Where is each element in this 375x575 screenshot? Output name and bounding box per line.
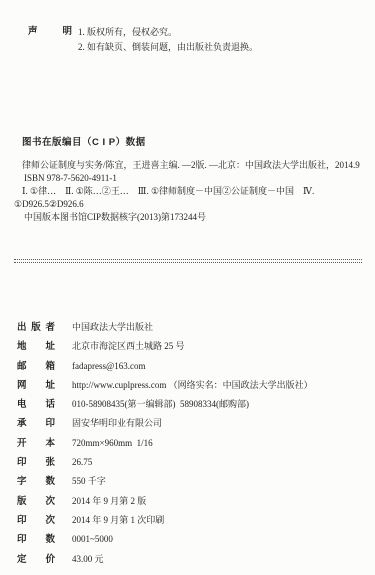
cip-body: 律师公证制度与实务/陈宜，王进喜主编. —2版. —北京：中国政法大学出版社，2… [14,159,365,224]
declaration-item: 1. 版权所有，侵权必究。 [78,25,258,40]
declaration-section: 声明 1. 版权所有，侵权必究。2. 如有缺页、倒装问题，由出版社负责退换。 [28,25,363,55]
info-row-value: fadapress@163.com [72,360,146,373]
publication-info-table: 出版者中国政法大学出版社地址北京市海淀区西土城路 25 号邮箱fadapress… [17,321,369,572]
info-row-label: 印次 [17,514,55,527]
info-row-label: 印数 [17,533,55,546]
info-row-label: 电话 [17,398,55,411]
info-row-value: 43.00 元 [72,553,104,566]
info-row: 地址北京市海淀区西土城路 25 号 [17,340,369,359]
info-row-label: 开本 [17,437,55,450]
info-row-label: 出版者 [17,321,55,334]
info-row-value: 中国政法大学出版社 [72,321,153,334]
cip-classification: Ⅰ. ①律… Ⅱ. ①陈…②王… Ⅲ. ①律师制度－中国②公证制度－中国 Ⅳ. … [14,185,365,211]
info-row-label: 版次 [17,495,55,508]
info-row: 开本720mm×960mm 1/16 [17,437,369,456]
info-row-label: 地址 [17,340,55,353]
info-row: 网址http://www.cuplpress.com （网络实名：中国政法大学出… [17,379,369,398]
info-row: 印次2014 年 9 月第 1 次印刷 [17,514,369,533]
info-row: 字数550 千字 [17,475,369,494]
info-row-value: 010-58908435(第一编辑部) 58908334(邮购部) [72,398,249,411]
info-row-value: 0001~5000 [72,533,113,546]
book-copyright-page: 声明 1. 版权所有，侵权必究。2. 如有缺页、倒装问题，由出版社负责退换。 图… [0,0,375,575]
info-row-label: 字数 [17,475,55,488]
info-row-value: 550 千字 [72,475,106,488]
declaration-label: 声明 [28,25,72,55]
info-row-label: 印张 [17,456,55,469]
info-row-value: 固安华明印业有限公司 [72,417,162,430]
info-row: 版次2014 年 9 月第 2 版 [17,495,369,514]
isbn-line: ISBN 978-7-5620-4911-1 [14,172,365,185]
info-row-label: 定价 [17,553,55,566]
cip-record-number: 中国版本图书馆CIP数据核字(2013)第173244号 [14,211,365,224]
info-row-value: 26.75 [72,456,92,469]
info-row: 定价43.00 元 [17,553,369,572]
info-row-value: http://www.cuplpress.com （网络实名：中国政法大学出版社… [72,379,313,392]
info-row-value: 2014 年 9 月第 1 次印刷 [72,514,164,527]
info-row: 印张26.75 [17,456,369,475]
dotted-divider [14,259,362,263]
info-row-value: 720mm×960mm 1/16 [72,437,153,450]
info-row: 邮箱fadapress@163.com [17,360,369,379]
info-row-label: 网址 [17,379,55,392]
declaration-item: 2. 如有缺页、倒装问题，由出版社负责退换。 [78,40,258,55]
cip-title-line: 律师公证制度与实务/陈宜，王进喜主编. —2版. —北京：中国政法大学出版社，2… [14,159,365,172]
info-row: 印数0001~5000 [17,533,369,552]
declaration-items: 1. 版权所有，侵权必究。2. 如有缺页、倒装问题，由出版社负责退换。 [78,25,258,55]
info-row-value: 2014 年 9 月第 2 版 [72,495,146,508]
info-row: 出版者中国政法大学出版社 [17,321,369,340]
cip-header: 图书在版编目（C I P）数据 [22,136,146,149]
info-row-value: 北京市海淀区西土城路 25 号 [72,340,185,353]
info-row-label: 承印 [17,417,55,430]
info-row: 电话010-58908435(第一编辑部) 58908334(邮购部) [17,398,369,417]
info-row-label: 邮箱 [17,360,55,373]
info-row: 承印固安华明印业有限公司 [17,417,369,436]
